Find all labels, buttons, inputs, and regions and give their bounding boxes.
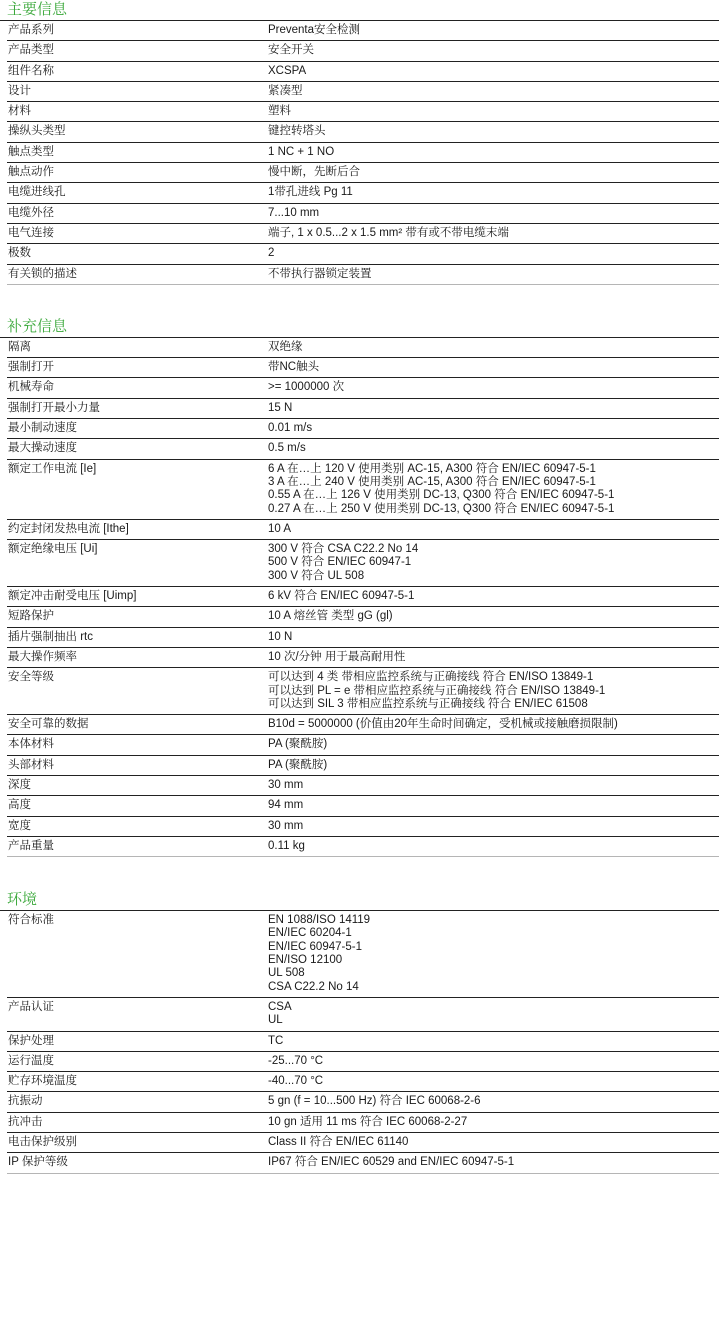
spec-row: 最大操作频率10 次/分钟 用于最高耐用性 [7, 648, 719, 668]
spec-row: 额定绝缘电压 [Ui]300 V 符合 CSA C22.2 No 14500 V… [7, 540, 719, 587]
spec-value-line: 0.01 m/s [268, 422, 719, 435]
spec-label: 设计 [7, 82, 267, 101]
spec-value-line: 不带执行器锁定装置 [268, 268, 719, 281]
spec-row: 安全等级可以达到 4 类 带相应监控系统与正确接线 符合 EN/ISO 1384… [7, 668, 719, 715]
spec-row: IP 保护等级IP67 符合 EN/IEC 60529 and EN/IEC 6… [7, 1153, 719, 1173]
spec-value: 7...10 mm [267, 204, 719, 223]
spec-value-line: 3 A 在…上 240 V 使用类别 AC-15, A300 符合 EN/IEC… [268, 476, 719, 489]
spec-value: 2 [267, 244, 719, 263]
spec-row: 电击保护级别Class II 符合 EN/IEC 61140 [7, 1133, 719, 1153]
spec-value-line: 10 N [268, 631, 719, 644]
spec-label: 产品认证 [7, 998, 267, 1031]
spec-value-line: 慢中断，先断后合 [268, 166, 719, 179]
spec-value-line: 0.55 A 在…上 126 V 使用类别 DC-13, Q300 符合 EN/… [268, 489, 719, 502]
spec-value: 1 NC + 1 NO [267, 143, 719, 162]
spec-value: Preventa安全检测 [267, 21, 719, 40]
spec-row: 产品重量0.11 kg [7, 837, 719, 857]
spec-value-line: UL 508 [268, 967, 719, 980]
section-title: 主要信息 [0, 0, 719, 21]
spec-label: IP 保护等级 [7, 1153, 267, 1172]
spec-value-line: 300 V 符合 CSA C22.2 No 14 [268, 543, 719, 556]
spec-row: 抗振动5 gn (f = 10...500 Hz) 符合 IEC 60068-2… [7, 1092, 719, 1112]
spec-value: 端子, 1 x 0.5...2 x 1.5 mm² 带有或不带电缆末端 [267, 224, 719, 243]
spec-sheet: 主要信息产品系列Preventa安全检测产品类型安全开关组件名称XCSPA设计紧… [0, 0, 719, 1174]
spec-value: IP67 符合 EN/IEC 60529 and EN/IEC 60947-5-… [267, 1153, 719, 1172]
spec-value: 紧凑型 [267, 82, 719, 101]
spec-label: 触点动作 [7, 163, 267, 182]
spec-value: 30 mm [267, 776, 719, 795]
spec-value-line: TC [268, 1035, 719, 1048]
spec-value: PA (聚酰胺) [267, 756, 719, 775]
spec-row: 约定封闭发热电流 [Ithe]10 A [7, 520, 719, 540]
spec-label: 机械寿命 [7, 378, 267, 397]
spec-row: 操纵头类型键控转塔头 [7, 122, 719, 142]
spec-value-line: 塑料 [268, 105, 719, 118]
spec-label: 保护处理 [7, 1032, 267, 1051]
section-title: 补充信息 [0, 316, 719, 338]
spec-label: 隔离 [7, 338, 267, 357]
spec-value-line: 双绝缘 [268, 341, 719, 354]
spec-label: 有关锁的描述 [7, 265, 267, 284]
spec-row: 产品认证CSAUL [7, 998, 719, 1032]
spec-value: 10 A 熔丝管 类型 gG (gl) [267, 607, 719, 626]
spec-value: 94 mm [267, 796, 719, 815]
spec-value: B10d = 5000000 (价值由20年生命时间确定，受机械或接触磨损限制) [267, 715, 719, 734]
spec-value-line: 紧凑型 [268, 85, 719, 98]
spec-label: 宽度 [7, 817, 267, 836]
spec-value: 6 kV 符合 EN/IEC 60947-5-1 [267, 587, 719, 606]
spec-row: 安全可靠的数据B10d = 5000000 (价值由20年生命时间确定，受机械或… [7, 715, 719, 735]
spec-value-line: 端子, 1 x 0.5...2 x 1.5 mm² 带有或不带电缆末端 [268, 227, 719, 240]
spec-label: 电缆外径 [7, 204, 267, 223]
section-spacer [0, 857, 719, 889]
spec-value-line: 10 次/分钟 用于最高耐用性 [268, 651, 719, 664]
spec-value: 0.11 kg [267, 837, 719, 856]
spec-value: XCSPA [267, 62, 719, 81]
spec-label: 触点类型 [7, 143, 267, 162]
spec-value-line: 0.27 A 在…上 250 V 使用类别 DC-13, Q300 符合 EN/… [268, 503, 719, 516]
spec-row: 保护处理TC [7, 1032, 719, 1052]
spec-value-line: 键控转塔头 [268, 125, 719, 138]
spec-row: 电缆进线孔1带孔进线 Pg 11 [7, 183, 719, 203]
spec-row: 电气连接端子, 1 x 0.5...2 x 1.5 mm² 带有或不带电缆末端 [7, 224, 719, 244]
spec-label: 电缆进线孔 [7, 183, 267, 202]
spec-row: 触点动作慢中断，先断后合 [7, 163, 719, 183]
spec-row: 高度94 mm [7, 796, 719, 816]
spec-value-line: 0.11 kg [268, 840, 719, 853]
spec-row: 插片强制抽出 rtc10 N [7, 628, 719, 648]
spec-value-line: 可以达到 PL = e 带相应监控系统与正确接线 符合 EN/ISO 13849… [268, 685, 719, 698]
spec-row: 贮存环境温度-40...70 °C [7, 1072, 719, 1092]
spec-value-line: UL [268, 1014, 719, 1027]
spec-value: 慢中断，先断后合 [267, 163, 719, 182]
spec-label: 高度 [7, 796, 267, 815]
spec-row: 短路保护10 A 熔丝管 类型 gG (gl) [7, 607, 719, 627]
spec-label: 符合标准 [7, 911, 267, 997]
spec-row: 符合标准EN 1088/ISO 14119EN/IEC 60204-1EN/IE… [7, 911, 719, 998]
spec-row: 额定冲击耐受电压 [Uimp]6 kV 符合 EN/IEC 60947-5-1 [7, 587, 719, 607]
spec-value-line: 安全开关 [268, 44, 719, 57]
spec-row: 宽度30 mm [7, 817, 719, 837]
spec-value: CSAUL [267, 998, 719, 1031]
spec-value-line: 94 mm [268, 799, 719, 812]
spec-row: 运行温度-25...70 °C [7, 1052, 719, 1072]
spec-row: 极数2 [7, 244, 719, 264]
section-spacer [0, 285, 719, 316]
spec-row: 机械寿命>= 1000000 次 [7, 378, 719, 398]
spec-value: 安全开关 [267, 41, 719, 60]
spec-value: -40...70 °C [267, 1072, 719, 1091]
spec-value-line: PA (聚酰胺) [268, 759, 719, 772]
spec-section: 主要信息产品系列Preventa安全检测产品类型安全开关组件名称XCSPA设计紧… [0, 0, 719, 285]
spec-row: 额定工作电流 [Ie]6 A 在…上 120 V 使用类别 AC-15, A30… [7, 460, 719, 520]
spec-value: 15 N [267, 399, 719, 418]
spec-value-line: EN/IEC 60947-5-1 [268, 941, 719, 954]
spec-value-line: 30 mm [268, 820, 719, 833]
spec-value-line: EN/IEC 60204-1 [268, 927, 719, 940]
spec-row: 强制打开带NC触头 [7, 358, 719, 378]
spec-section: 环境符合标准EN 1088/ISO 14119EN/IEC 60204-1EN/… [0, 889, 719, 1173]
spec-label: 安全可靠的数据 [7, 715, 267, 734]
spec-label: 产品重量 [7, 837, 267, 856]
spec-value: 10 gn 适用 11 ms 符合 IEC 60068-2-27 [267, 1113, 719, 1132]
spec-label: 插片强制抽出 rtc [7, 628, 267, 647]
spec-value: 1带孔进线 Pg 11 [267, 183, 719, 202]
spec-section: 补充信息隔离双绝缘强制打开带NC触头机械寿命>= 1000000 次强制打开最小… [0, 316, 719, 857]
spec-value-line: EN 1088/ISO 14119 [268, 914, 719, 927]
spec-value-line: 可以达到 SIL 3 带相应监控系统与正确接线 符合 EN/IEC 61508 [268, 698, 719, 711]
spec-value-line: 可以达到 4 类 带相应监控系统与正确接线 符合 EN/ISO 13849-1 [268, 671, 719, 684]
spec-row: 有关锁的描述不带执行器锁定装置 [7, 265, 719, 285]
spec-value-line: -25...70 °C [268, 1055, 719, 1068]
spec-value-line: 1 NC + 1 NO [268, 146, 719, 159]
spec-value-line: 1带孔进线 Pg 11 [268, 186, 719, 199]
spec-label: 额定冲击耐受电压 [Uimp] [7, 587, 267, 606]
spec-label: 运行温度 [7, 1052, 267, 1071]
spec-label: 操纵头类型 [7, 122, 267, 141]
spec-value-line: Class II 符合 EN/IEC 61140 [268, 1136, 719, 1149]
spec-value-line: 10 gn 适用 11 ms 符合 IEC 60068-2-27 [268, 1116, 719, 1129]
spec-value: >= 1000000 次 [267, 378, 719, 397]
spec-value-line: 带NC触头 [268, 361, 719, 374]
spec-value: EN 1088/ISO 14119EN/IEC 60204-1EN/IEC 60… [267, 911, 719, 997]
spec-label: 深度 [7, 776, 267, 795]
spec-value: 300 V 符合 CSA C22.2 No 14500 V 符合 EN/IEC … [267, 540, 719, 586]
spec-value-line: B10d = 5000000 (价值由20年生命时间确定，受机械或接触磨损限制) [268, 718, 719, 731]
spec-label: 贮存环境温度 [7, 1072, 267, 1091]
spec-value-line: EN/ISO 12100 [268, 954, 719, 967]
spec-label: 本体材料 [7, 735, 267, 754]
spec-row: 头部材料PA (聚酰胺) [7, 756, 719, 776]
spec-value-line: 7...10 mm [268, 207, 719, 220]
spec-value-line: 30 mm [268, 779, 719, 792]
spec-value-line: 2 [268, 247, 719, 260]
spec-value-line: XCSPA [268, 65, 719, 78]
spec-value: 塑料 [267, 102, 719, 121]
spec-row: 本体材料PA (聚酰胺) [7, 735, 719, 755]
spec-label: 极数 [7, 244, 267, 263]
spec-value-line: PA (聚酰胺) [268, 738, 719, 751]
spec-value-line: 6 kV 符合 EN/IEC 60947-5-1 [268, 590, 719, 603]
spec-label: 额定绝缘电压 [Ui] [7, 540, 267, 586]
spec-value: TC [267, 1032, 719, 1051]
spec-label: 强制打开 [7, 358, 267, 377]
spec-label: 电击保护级别 [7, 1133, 267, 1152]
spec-label: 抗冲击 [7, 1113, 267, 1132]
spec-label: 最大操作频率 [7, 648, 267, 667]
spec-value: 带NC触头 [267, 358, 719, 377]
spec-row: 设计紧凑型 [7, 82, 719, 102]
spec-value-line: CSA C22.2 No 14 [268, 981, 719, 994]
spec-value: 10 次/分钟 用于最高耐用性 [267, 648, 719, 667]
spec-value-line: CSA [268, 1001, 719, 1014]
spec-row: 最小制动速度0.01 m/s [7, 419, 719, 439]
spec-value-line: 5 gn (f = 10...500 Hz) 符合 IEC 60068-2-6 [268, 1095, 719, 1108]
spec-label: 电气连接 [7, 224, 267, 243]
spec-value-line: 300 V 符合 UL 508 [268, 570, 719, 583]
spec-value: 6 A 在…上 120 V 使用类别 AC-15, A300 符合 EN/IEC… [267, 460, 719, 519]
section-title: 环境 [0, 889, 719, 911]
spec-row: 强制打开最小力量15 N [7, 399, 719, 419]
spec-value-line: -40...70 °C [268, 1075, 719, 1088]
spec-label: 产品系列 [7, 21, 267, 40]
spec-value: 10 N [267, 628, 719, 647]
spec-row: 产品类型安全开关 [7, 41, 719, 61]
spec-value-line: >= 1000000 次 [268, 381, 719, 394]
spec-label: 最大操动速度 [7, 439, 267, 458]
spec-value: -25...70 °C [267, 1052, 719, 1071]
spec-row: 产品系列Preventa安全检测 [7, 21, 719, 41]
spec-label: 短路保护 [7, 607, 267, 626]
spec-value: 0.01 m/s [267, 419, 719, 438]
spec-label: 额定工作电流 [Ie] [7, 460, 267, 519]
spec-label: 组件名称 [7, 62, 267, 81]
spec-value: Class II 符合 EN/IEC 61140 [267, 1133, 719, 1152]
spec-value: 不带执行器锁定装置 [267, 265, 719, 284]
spec-value: 5 gn (f = 10...500 Hz) 符合 IEC 60068-2-6 [267, 1092, 719, 1111]
spec-label: 强制打开最小力量 [7, 399, 267, 418]
spec-value-line: 500 V 符合 EN/IEC 60947-1 [268, 556, 719, 569]
spec-value-line: Preventa安全检测 [268, 24, 719, 37]
spec-value: 0.5 m/s [267, 439, 719, 458]
spec-label: 安全等级 [7, 668, 267, 714]
spec-row: 触点类型1 NC + 1 NO [7, 143, 719, 163]
spec-value: 双绝缘 [267, 338, 719, 357]
spec-value-line: 10 A [268, 523, 719, 536]
spec-value: 30 mm [267, 817, 719, 836]
spec-row: 最大操动速度0.5 m/s [7, 439, 719, 459]
spec-value-line: 15 N [268, 402, 719, 415]
spec-value: 可以达到 4 类 带相应监控系统与正确接线 符合 EN/ISO 13849-1可… [267, 668, 719, 714]
spec-label: 抗振动 [7, 1092, 267, 1111]
spec-label: 约定封闭发热电流 [Ithe] [7, 520, 267, 539]
spec-value-line: 0.5 m/s [268, 442, 719, 455]
spec-value-line: 6 A 在…上 120 V 使用类别 AC-15, A300 符合 EN/IEC… [268, 463, 719, 476]
spec-value: 10 A [267, 520, 719, 539]
spec-value: PA (聚酰胺) [267, 735, 719, 754]
spec-value-line: 10 A 熔丝管 类型 gG (gl) [268, 610, 719, 623]
spec-row: 抗冲击10 gn 适用 11 ms 符合 IEC 60068-2-27 [7, 1113, 719, 1133]
spec-value: 键控转塔头 [267, 122, 719, 141]
spec-row: 深度30 mm [7, 776, 719, 796]
spec-label: 最小制动速度 [7, 419, 267, 438]
spec-row: 材料塑料 [7, 102, 719, 122]
spec-value-line: IP67 符合 EN/IEC 60529 and EN/IEC 60947-5-… [268, 1156, 719, 1169]
spec-row: 隔离双绝缘 [7, 338, 719, 358]
spec-label: 产品类型 [7, 41, 267, 60]
spec-row: 电缆外径7...10 mm [7, 204, 719, 224]
spec-row: 组件名称XCSPA [7, 62, 719, 82]
spec-label: 材料 [7, 102, 267, 121]
spec-label: 头部材料 [7, 756, 267, 775]
